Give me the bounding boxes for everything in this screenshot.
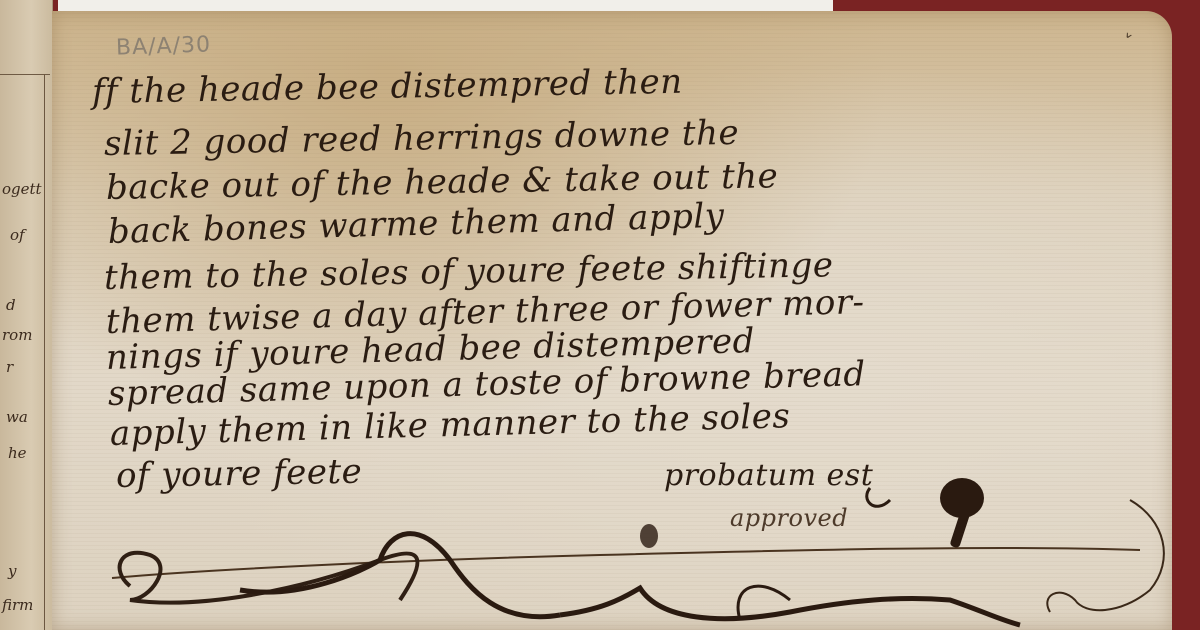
left-page-margin-line <box>44 74 45 630</box>
left-page-fragment: firm <box>2 596 33 614</box>
probatum-est-signature: probatum est <box>664 458 873 493</box>
shelfmark: BA/A/30 <box>116 32 212 60</box>
left-page-fragment: d <box>6 296 16 314</box>
left-page-rule <box>0 74 50 75</box>
left-page-fragment: of <box>10 226 25 244</box>
left-page-fragment: he <box>8 444 27 462</box>
approved-annotation: approved <box>730 504 848 532</box>
left-page-fragment: ogett <box>2 180 42 198</box>
left-page-fragment: y <box>8 562 16 580</box>
ink-spot <box>640 524 658 548</box>
recipe-line-10: of youre feete <box>116 452 363 496</box>
left-page-fragment: wa <box>6 408 28 426</box>
left-page-fragment: r <box>6 358 13 376</box>
left-facing-page: ogett of d rom r wa he y firm <box>0 0 53 630</box>
left-page-fragment: rom <box>2 326 32 344</box>
